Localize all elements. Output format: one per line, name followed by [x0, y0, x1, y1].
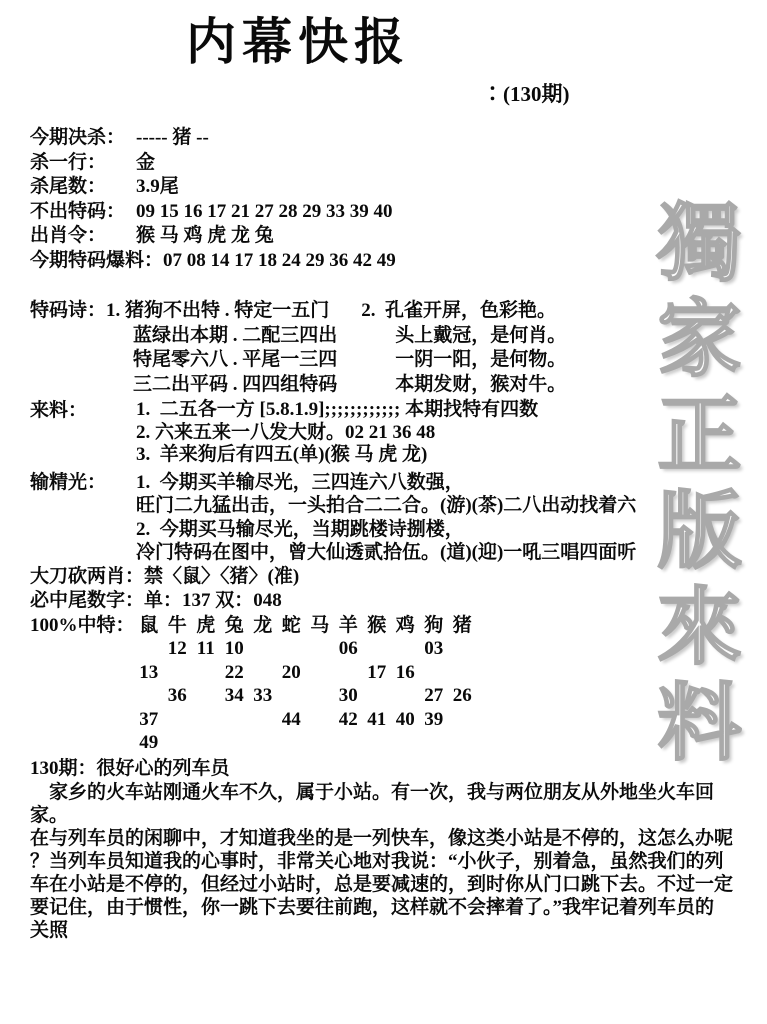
kill-element-line: 杀一行： 金 [30, 151, 742, 176]
grid-number-cell [448, 637, 477, 661]
grid-number-cell [306, 708, 335, 732]
info-value: 猴 马 鸡 虎 龙 兔 [136, 224, 274, 249]
info-label: 今期特码爆料： [30, 249, 163, 274]
lose-all-lines: 1. 今期买羊输尽光，三四连六八数强， 旺门二九猛出击，一头拍合二二合。(游)(… [136, 471, 636, 565]
kill-zodiac-line: 今期决杀： ----- 猪 -- [30, 126, 742, 151]
zodiac-header-cell: 虎 [192, 614, 221, 638]
grid-number-cell: 06 [334, 637, 363, 661]
grid-number-cell: 22 [220, 661, 249, 685]
info-label: 不出特码： [30, 200, 136, 225]
grid-number-cell [391, 637, 420, 661]
grid-number-cell: 11 [192, 637, 221, 661]
knife-chop-label: 大刀砍两肖： [30, 565, 144, 590]
zodiac-header-cell: 蛇 [277, 614, 306, 638]
grid-number-cell [277, 731, 306, 755]
grid-number-cell [192, 731, 221, 755]
grid-number-cell [334, 731, 363, 755]
must-hit-tail-label: 必中尾数字： [30, 589, 144, 614]
grid-number-cell: 17 [363, 661, 392, 685]
poem-line: 1. 猪狗不出特 . 特定一五门 [106, 299, 337, 324]
grid-number-cell: 16 [391, 661, 420, 685]
grid-number-cell: 27 [420, 684, 449, 708]
kill-tail-line: 杀尾数： 3.9尾 [30, 175, 742, 200]
info-value: ----- 猪 -- [136, 126, 209, 151]
grid-number-cell [277, 684, 306, 708]
grid-number-cell: 03 [420, 637, 449, 661]
grid-number-cell [135, 637, 164, 661]
grid-number-cell: 13 [135, 661, 164, 685]
poem-label: 特码诗： [30, 299, 106, 397]
zodiac-header-cell: 羊 [334, 614, 363, 638]
grid-number-cell [163, 708, 192, 732]
hundred-percent-section: 100%中特： 鼠牛虎兔龙蛇马羊猴鸡狗猪12111006031322201716… [30, 614, 742, 755]
incoming-info-line: 3. 羊来狗后有四五(单)(猴 马 虎 龙) [136, 444, 538, 467]
knife-chop-zodiac-line: 大刀砍两肖： 禁〈鼠〉〈猪〉(准) [30, 565, 742, 590]
lose-all-line: 旺门二九猛出击，一头拍合二二合。(游)(茶)二八出动找着六 [136, 494, 636, 518]
grid-number-cell [163, 731, 192, 755]
grid-number-cell: 34 [220, 684, 249, 708]
grid-number-cell [306, 661, 335, 685]
grid-number-cell [192, 684, 221, 708]
lose-all-line: 2. 今期买马输尽光，当期跳楼诗捌楼， [136, 518, 636, 542]
grid-number-cell: 42 [334, 708, 363, 732]
must-hit-tail-line: 必中尾数字： 单：137 双：048 [30, 589, 742, 614]
page-title: 内幕快报 [186, 2, 410, 74]
info-value: 07 08 14 17 18 24 29 36 42 49 [163, 249, 396, 274]
grid-number-cell [448, 661, 477, 685]
lose-all-section: 输精光： 1. 今期买羊输尽光，三四连六八数强， 旺门二九猛出击，一头拍合二二合… [30, 471, 742, 565]
grid-number-cell: 26 [448, 684, 477, 708]
poem-line: 特尾零六八 . 平尾一三四 [106, 348, 337, 373]
lose-all-label: 输精光： [30, 471, 136, 565]
incoming-info-lines: 1. 二五各一方 [5.8.1.9];;;;;;;;;;;; 本期找特有四数 2… [136, 399, 538, 467]
grid-number-cell [448, 708, 477, 732]
zodiac-header-cell: 鸡 [391, 614, 420, 638]
special-code-poem-section: 特码诗： 1. 猪狗不出特 . 特定一五门 蓝绿出本期 . 二配三四出 特尾零六… [30, 299, 742, 397]
zodiac-header-cell: 牛 [163, 614, 192, 638]
incoming-info-label: 来料： [30, 399, 136, 467]
poem-line: 2. 孔雀开屏，色彩艳。 [361, 299, 566, 324]
grid-number-cell: 20 [277, 661, 306, 685]
info-value: 09 15 16 17 21 27 28 29 33 39 40 [136, 200, 393, 225]
info-value: 3.9尾 [136, 175, 179, 200]
grid-number-cell: 41 [363, 708, 392, 732]
excluded-numbers-line: 不出特码： 09 15 16 17 21 27 28 29 33 39 40 [30, 200, 742, 225]
grid-number-cell: 49 [135, 731, 164, 755]
grid-number-cell: 44 [277, 708, 306, 732]
grid-number-cell: 37 [135, 708, 164, 732]
poem-line: 三二出平码 . 四四组特码 [106, 373, 337, 398]
grid-number-cell [192, 661, 221, 685]
grid-number-cell: 36 [163, 684, 192, 708]
grid-number-cell [249, 661, 278, 685]
grid-number-cell: 30 [334, 684, 363, 708]
incoming-info-section: 来料： 1. 二五各一方 [5.8.1.9];;;;;;;;;;;; 本期找特有… [30, 399, 742, 467]
info-label: 今期决杀： [30, 126, 136, 151]
grid-number-cell [277, 637, 306, 661]
grid-number-cell: 12 [163, 637, 192, 661]
info-label: 出肖令： [30, 224, 136, 249]
story-body: 家乡的火车站刚通火车不久，属于小站。有一次，我与两位朋友从外地坐火车回家。 在与… [30, 781, 742, 942]
grid-number-cell [391, 731, 420, 755]
poem-line: 蓝绿出本期 . 二配三四出 [106, 324, 337, 349]
zodiac-order-line: 出肖令： 猴 马 鸡 虎 龙 兔 [30, 224, 742, 249]
grid-number-cell [220, 731, 249, 755]
grid-number-cell [306, 731, 335, 755]
grid-number-cell [135, 684, 164, 708]
zodiac-header-cell: 马 [306, 614, 335, 638]
zodiac-number-grid: 鼠牛虎兔龙蛇马羊猴鸡狗猪1211100603132220171636343330… [135, 614, 477, 755]
grid-number-cell [334, 661, 363, 685]
grid-number-cell: 10 [220, 637, 249, 661]
story-heading: 130期：很好心的列车员 [30, 757, 742, 782]
grid-number-cell [192, 708, 221, 732]
zodiac-header-cell: 鼠 [135, 614, 164, 638]
grid-number-cell [391, 684, 420, 708]
hundred-percent-label: 100%中特： [30, 614, 135, 755]
must-hit-tail-value: 单：137 双：048 [144, 589, 282, 614]
grid-number-cell [363, 731, 392, 755]
content-block: 今期决杀： ----- 猪 -- 杀一行： 金 杀尾数： 3.9尾 不出特码： … [30, 126, 742, 942]
poem-column-2: 2. 孔雀开屏，色彩艳。 头上戴冠，是何肖。 一阴一阳，是何物。 本期发财，猴对… [361, 299, 566, 397]
poem-column-1: 1. 猪狗不出特 . 特定一五门 蓝绿出本期 . 二配三四出 特尾零六八 . 平… [106, 299, 337, 397]
grid-number-cell [420, 731, 449, 755]
grid-number-cell [363, 684, 392, 708]
zodiac-header-cell: 猴 [363, 614, 392, 638]
grid-number-cell: 39 [420, 708, 449, 732]
grid-number-cell [448, 731, 477, 755]
zodiac-header-cell: 兔 [220, 614, 249, 638]
special-code-tips-line: 今期特码爆料： 07 08 14 17 18 24 29 36 42 49 [30, 249, 742, 274]
knife-chop-value: 禁〈鼠〉〈猪〉(准) [144, 565, 299, 590]
grid-number-cell: 33 [249, 684, 278, 708]
issue-number: ∶(130期) [482, 78, 570, 108]
grid-number-cell [163, 661, 192, 685]
lose-all-line: 冷门特码在图中，曾大仙透贰拾伍。(道)(迎)一吼三唱四面听 [136, 541, 636, 565]
grid-number-cell [220, 708, 249, 732]
grid-number-cell [363, 637, 392, 661]
grid-number-cell [249, 708, 278, 732]
grid-number-cell: 40 [391, 708, 420, 732]
poem-line: 本期发财，猴对牛。 [361, 373, 566, 398]
grid-number-cell [306, 684, 335, 708]
info-label: 杀尾数： [30, 175, 136, 200]
poem-line: 头上戴冠，是何肖。 [361, 324, 566, 349]
incoming-info-line: 1. 二五各一方 [5.8.1.9];;;;;;;;;;;; 本期找特有四数 [136, 399, 538, 422]
info-value: 金 [136, 151, 155, 176]
zodiac-header-cell: 猪 [448, 614, 477, 638]
grid-number-cell [306, 637, 335, 661]
poem-line: 一阴一阳，是何物。 [361, 348, 566, 373]
grid-number-cell [420, 661, 449, 685]
newsletter-page: 獨家正版來料 内幕快报 ∶(130期) 今期决杀： ----- 猪 -- 杀一行… [0, 0, 767, 1024]
info-label: 杀一行： [30, 151, 136, 176]
lose-all-line: 1. 今期买羊输尽光，三四连六八数强， [136, 471, 636, 495]
zodiac-header-cell: 狗 [420, 614, 449, 638]
incoming-info-line: 2. 六来五来一八发大财。02 21 36 48 [136, 422, 538, 445]
zodiac-header-cell: 龙 [249, 614, 278, 638]
grid-number-cell [249, 637, 278, 661]
grid-number-cell [249, 731, 278, 755]
